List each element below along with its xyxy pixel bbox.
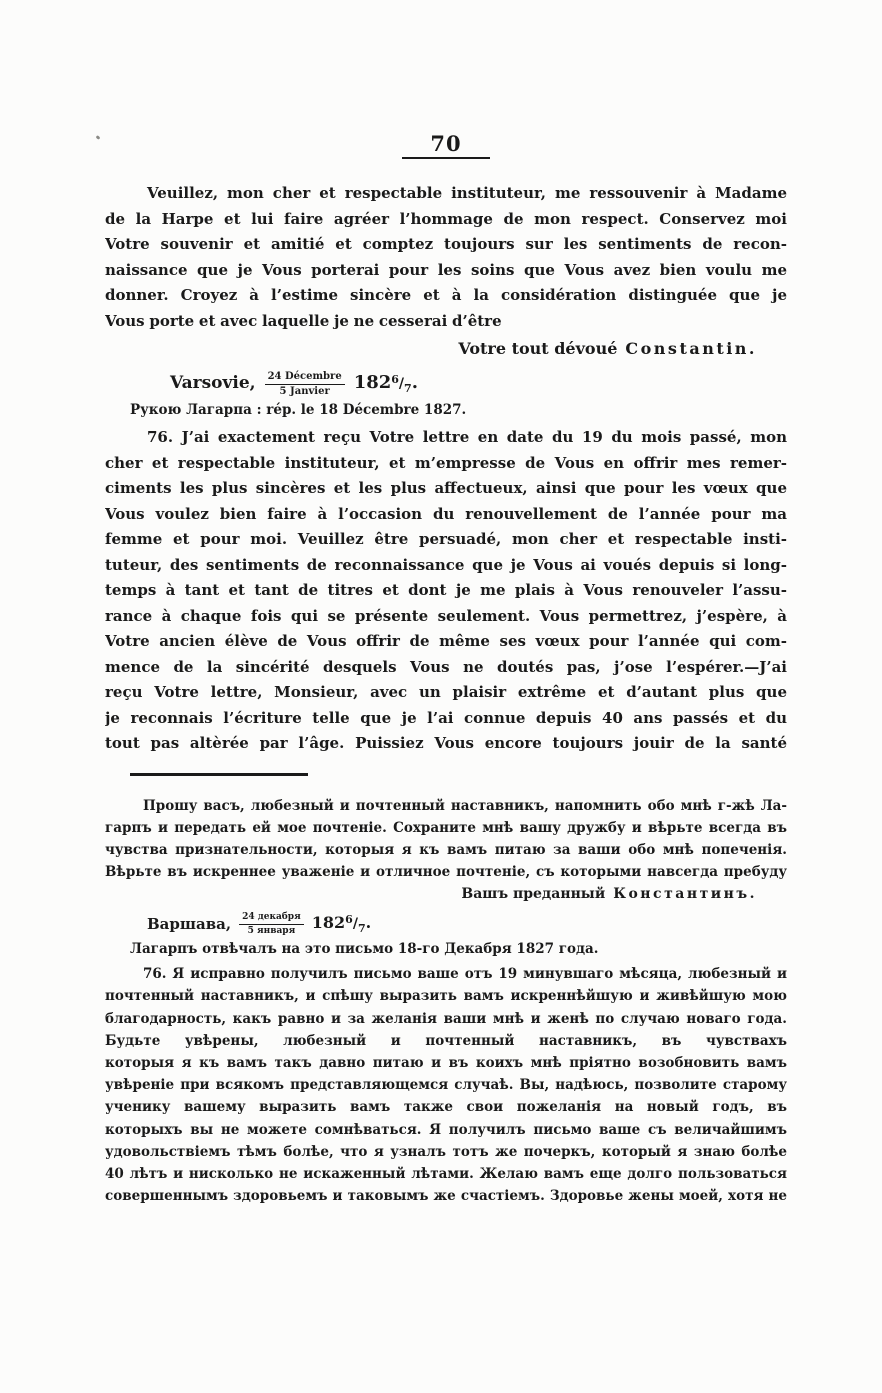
text-line: Vous porte et avec laquelle je ne cesser… [105,309,787,335]
signature-closing: Votre tout dévoué [458,339,617,358]
text-line: Votre souvenir et amitié et comptez touj… [105,232,787,258]
text-line: 40 лѣтъ и нисколько не искаженный лѣтами… [105,1163,787,1185]
dateline-year: 1826/7. [354,370,418,398]
russian-paragraph-76: 76. Я исправно получилъ письмо ваше отъ … [105,963,787,1207]
text-line: удовольствіемъ тѣмъ болѣе, что я узналъ … [105,1141,787,1163]
date-fraction-bottom: 5 Janvier [280,385,330,398]
text-line: donner. Croyez à l’estime sincère et à l… [105,283,787,309]
date-fraction-top: 24 Décembre [265,371,345,385]
text-line: увѣреніе при всякомъ представляющемся сл… [105,1074,787,1096]
text-line: гарпъ и передать ей мое почтеніе. Сохран… [105,817,787,839]
dateline-place: Варшава, [147,913,231,935]
date-fraction: 24 декабря 5 января [239,912,304,937]
dateline-place: Varsovie, [170,371,256,397]
french-paragraph-76: 76. J’ai exactement reçu Votre lettre en… [105,425,787,757]
text-line: совершеннымъ здоровьемъ и таковымъ же сч… [105,1185,787,1207]
text-line: de la Harpe et lui faire agréer l’hommag… [105,207,787,233]
text-line: Vous voulez bien faire à l’occasion du r… [105,502,787,528]
year-subscript: 7 [404,382,412,395]
text-line: Veuillez, mon cher et respectable instit… [105,181,787,207]
text-line: je reconnais l’écriture telle que je l’a… [105,706,787,732]
signature-closing: Вашъ преданный [461,886,605,902]
date-fraction-top: 24 декабря [239,912,304,925]
dateline-year: 1826/7. [312,912,371,936]
signature-name: Константинъ. [613,886,757,902]
text-line: tuteur, des sentiments de reconnaissance… [105,553,787,579]
text-line: Прошу васъ, любезный и почтенный наставн… [105,795,787,817]
text-line: которыя я къ вамъ такъ давно питаю и въ … [105,1052,787,1074]
french-archival-note: Рукою Лагарпа : rép. le 18 Décembre 1827… [130,400,787,420]
text-line: 76. Я исправно получилъ письмо ваше отъ … [105,963,787,985]
text-line: Votre ancien élève de Vous offrir de mêm… [105,629,787,655]
text-line: reçu Votre lettre, Monsieur, avec un pla… [105,680,787,706]
french-letter-section: Veuillez, mon cher et respectable instit… [105,181,787,757]
text-line: чувства признательности, которыя я къ ва… [105,839,787,861]
russian-signature: Вашъ преданныйКонстантинъ. [105,883,787,905]
year-superscript: 6 [345,913,353,926]
scan-speck [96,135,101,140]
text-line: naissance que je Vous porterai pour les … [105,258,787,284]
text-line: ciments les plus sincères et les plus af… [105,476,787,502]
date-fraction: 24 Décembre 5 Janvier [265,371,345,398]
text-line: Вѣрьте въ искреннее уваженіе и отличное … [105,861,787,883]
text-line: благодарность, какъ равно и за желанія в… [105,1008,787,1030]
year-base: 182 [354,372,392,393]
text-line: ученику вашему выразить вамъ также свои … [105,1096,787,1118]
year-period: . [366,913,372,932]
text-line: temps à tant et tant de titres et dont j… [105,578,787,604]
page-number: 70 [430,131,461,156]
book-page: 70 Veuillez, mon cher et respectable ins… [0,0,882,1393]
page-content: 70 Veuillez, mon cher et respectable ins… [105,0,787,1207]
year-subscript: 7 [358,922,366,935]
page-number-rule [402,157,490,159]
text-line: tout pas altèrée par l’âge. Puissiez Vou… [105,731,787,757]
russian-paragraph-closing: Прошу васъ, любезный и почтенный наставн… [105,795,787,884]
french-paragraph-closing: Veuillez, mon cher et respectable instit… [105,181,787,334]
text-line: которыхъ вы не можете сомнѣваться. Я пол… [105,1119,787,1141]
signature-name: Constantin. [625,339,757,358]
year-period: . [412,372,418,393]
year-superscript: 6 [391,373,399,386]
text-line: rance à chaque fois qui se présente seul… [105,604,787,630]
date-fraction-bottom: 5 января [248,925,296,937]
french-dateline: Varsovie, 24 Décembre 5 Janvier 1826/7. [170,368,787,400]
russian-dateline: Варшава, 24 декабря 5 января 1826/7. [147,909,787,939]
text-line: почтенный наставникъ, и спѣшу выразить в… [105,985,787,1007]
text-line: Будьте увѣрены, любезный и почтенный нас… [105,1030,787,1052]
text-line: mence de la sincérité desquels Vous ne d… [105,655,787,681]
russian-archival-note: Лагарпъ отвѣчалъ на это письмо 18-го Дек… [130,939,787,959]
text-line: 76. J’ai exactement reçu Votre lettre en… [105,425,787,451]
footnote-separator-rule [130,773,308,776]
russian-translation-section: Прошу васъ, любезный и почтенный наставн… [105,795,787,1208]
page-header: 70 [105,131,787,159]
year-base: 182 [312,913,345,932]
french-signature: Votre tout dévouéConstantin. [105,336,787,362]
text-line: cher et respectable instituteur, et m’em… [105,451,787,477]
text-line: femme et pour moi. Veuillez être persuad… [105,527,787,553]
